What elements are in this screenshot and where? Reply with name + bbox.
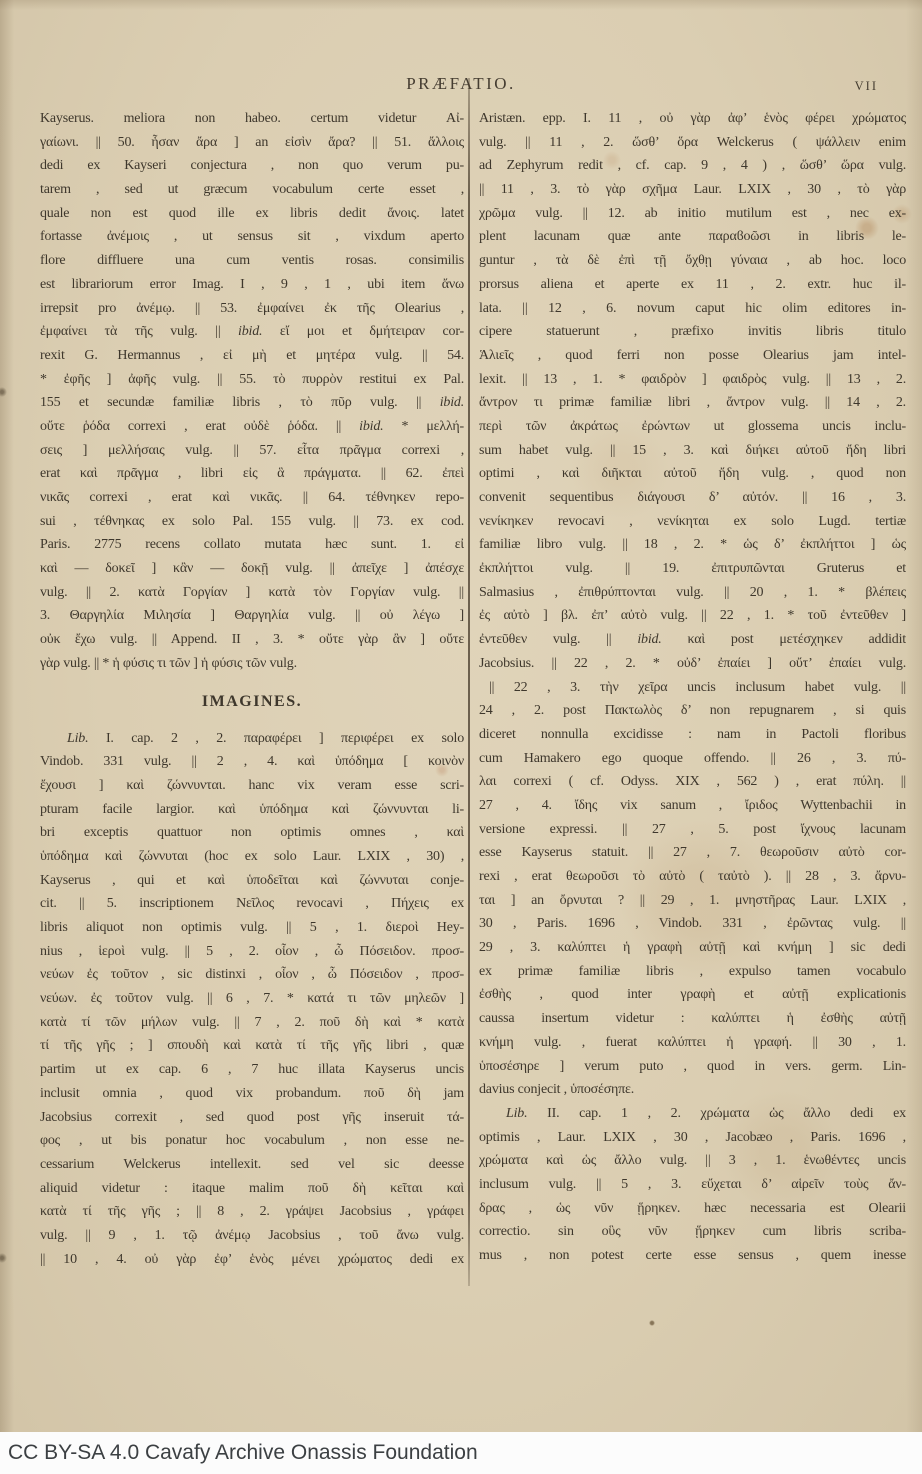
text-line: rexit G. Hermannus , εἰ μὴ et μητέρα vul… [40, 344, 464, 368]
text-line: 29 , 3. καλύπτει ἡ γραφὴ αὐτῇ καὶ κνήμη … [479, 936, 906, 960]
text-line: sui , τέθνηκας ex solo Pal. 155 vulg. ||… [40, 510, 464, 534]
text-line: lexit. || 13 , 1. * φαιδρὸν ] φαιδρὸς vu… [479, 368, 906, 392]
text-line: νικᾶς correxi , erat καὶ νικᾶς. || 64. τ… [40, 486, 464, 510]
text-line: οὔτε ῥόδα correxi , erat οὐδὲ ῥόδα. || i… [40, 415, 464, 439]
right-column-paragraph-lib2: Lib. II. cap. 1 , 2. χρώματα ὡς ἄλλο ded… [479, 1102, 906, 1268]
left-column-imagines-paragraph: Lib. I. cap. 2 , 2. παραφέρει ] περιφέρε… [40, 727, 464, 1272]
text-line: οὐκ ἔχω vulg. || Append. II , 3. * οὔτε … [40, 628, 464, 652]
text-line: 155 et secundæ familiæ libris , τὸ πῦρ v… [40, 391, 464, 415]
text-line: erat καὶ πρᾶγμα , libri εἰς ἃ πράγματα. … [40, 462, 464, 486]
text-line: flore diffluere una cum ventis rosas. co… [40, 249, 464, 273]
text-line: vulg. || 11 , 2. ὥσθ’ ὅρα Welckerus ( ψά… [479, 131, 906, 155]
text-line: νεύων. ἐς τοῦτον vulg. || 6 , 7. * κατά … [40, 987, 464, 1011]
text-line: tarem , sed ut græcum vocabulum certe es… [40, 178, 464, 202]
text-line: plent lacunam quæ ante παραϐοῶσι in libr… [479, 225, 906, 249]
text-line: ἐς αὐτὸ ] βλ. ἐπ’ αὐτὸ vulg. || 22 , 1. … [479, 604, 906, 628]
text-line: vulg. || 2. κατὰ Γοργίαν ] κατὰ τὸν Γοργ… [40, 581, 464, 605]
text-line: libris aliquot non optimis vulg. || 5 , … [40, 916, 464, 940]
right-column: Aristæn. epp. I. 11 , οὐ γὰρ ἀφ’ ἑνὸς φέ… [479, 107, 906, 1268]
text-line: cessarium Welckerus intellexit. sed vel … [40, 1153, 464, 1177]
text-line: ἔχουσι ] καὶ ζώννυνται. hanc vix veram e… [40, 774, 464, 798]
text-line: versione expressi. || 27 , 5. post ἴχνου… [479, 818, 906, 842]
text-line: γὰρ vulg. || * ἡ φύσις τι τῶν ] ἡ φύσις … [40, 652, 464, 676]
text-line: correctio. sin οὓς νῦν ᾕρηκεν cum libris… [479, 1220, 906, 1244]
text-line: Kayserus. meliora non habeo. certum vide… [40, 107, 464, 131]
text-line: ad Zephyrum redit , cf. cap. 9 , 4 ) , ὥ… [479, 154, 906, 178]
text-line: ἄντρον τι primæ familiæ libri , ἄντρον v… [479, 391, 906, 415]
text-line: davius conjecit , ὑποσέσηπε. [479, 1078, 906, 1102]
text-line: νεύων ἐς τοῦτον , sic distinxi , οἷον , … [40, 963, 464, 987]
text-line: || 10 , 4. οὐ γὰρ ἐφ’ ἑνὸς μένει χρώματο… [40, 1248, 464, 1272]
text-line: ται ] an ὄρνυται ? || 29 , 1. μνηστῆρας … [479, 889, 906, 913]
text-line: χρῶμα vulg. || 12. ab initio mutilum est… [479, 202, 906, 226]
text-line: caussa insertum videtur : καλύπτει ἡ ἐσθ… [479, 1007, 906, 1031]
text-line: κνήμη vulg. , fuerat καλύπτει ἡ γραφή. |… [479, 1031, 906, 1055]
text-line: mus , non potest certe esse sensus , que… [479, 1244, 906, 1268]
text-line: τί τῆς γῆς ; ] σπουδὴ καὶ κατὰ τί τῆς γῆ… [40, 1034, 464, 1058]
text-line: 24 , 2. post Πακτωλὸς δ’ non repugnarem … [479, 699, 906, 723]
text-line: ἐκπλήττοι vulg. || 19. ἐπιτρυπῶνται Grut… [479, 557, 906, 581]
text-line: est librariorum error Imag. I , 9 , 1 , … [40, 273, 464, 297]
text-line: || 22 , 3. τὴν χεῖρα uncis inclusum habe… [479, 676, 906, 700]
text-line: λαι correxi ( cf. Odyss. XIX , 562 ) , e… [479, 770, 906, 794]
text-line: * ἐφῆς ] ἀφῆς vulg. || 55. τὸ πυρρὸν res… [40, 368, 464, 392]
running-head-title: PRÆFATIO. [0, 74, 922, 94]
text-line: convenit sequentibus διάγουσι δ’ αὐτόν. … [479, 486, 906, 510]
text-line: κατὰ τί τῶν μήλων vulg. || 7 , 2. ποῦ δὴ… [40, 1011, 464, 1035]
text-line: familiæ libro vulg. || 18 , 2. * ὡς δ’ ἐ… [479, 533, 906, 557]
text-line: χρώματα καὶ ὡς ἄλλο vulg. || 3 , 1. ἑνωθ… [479, 1149, 906, 1173]
text-line: ὑποσέσηρε ] verum puto , quod in vers. g… [479, 1055, 906, 1079]
text-line: rexi , erat θεωροῦσι τὸ αὐτὸ ( ταὐτὸ ). … [479, 865, 906, 889]
text-line: Lib. II. cap. 1 , 2. χρώματα ὡς ἄλλο ded… [479, 1102, 906, 1126]
text-line: ἐντεῦθεν vulg. || ibid. καὶ post μετέσχη… [479, 628, 906, 652]
text-line: φος , ut bis ponatur hoc vocabulum , non… [40, 1129, 464, 1153]
page-number: VII [855, 79, 878, 94]
column-divider-rule [468, 78, 470, 1286]
license-text: CC BY-SA 4.0 Cavafy Archive Onassis Foun… [8, 1441, 478, 1465]
text-line: bri exceptis quattuor non optimis omnes … [40, 821, 464, 845]
text-line: optimis , Laur. LXIX , 30 , Jacobæo , Pa… [479, 1126, 906, 1150]
text-line: cit. || 5. inscriptionem Νεῖλος revocavi… [40, 892, 464, 916]
text-line: καὶ — δοκεῖ ] κἂν — δοκῇ vulg. || ἀπεῖχε… [40, 557, 464, 581]
text-line: ex primæ familiæ libris , expulso tamen … [479, 960, 906, 984]
left-column-paragraph-continuation: Kayserus. meliora non habeo. certum vide… [40, 107, 464, 676]
text-line: diceret nonnulla excidisse : nam in Pact… [479, 723, 906, 747]
text-line: Ἁλιεῖς , quod ferri non posse Olearius j… [479, 344, 906, 368]
text-line: partim ut ex cap. 6 , 7 huc illata Kayse… [40, 1058, 464, 1082]
text-line: Aristæn. epp. I. 11 , οὐ γὰρ ἀφ’ ἑνὸς φέ… [479, 107, 906, 131]
text-line: irrepsit pro ἀνέμῳ. || 53. ἐμφαίνει ἐκ τ… [40, 297, 464, 321]
text-line: vulg. || 9 , 1. τῷ ἀνέμῳ Jacobsius , τοῦ… [40, 1224, 464, 1248]
text-line: Jacobsius. || 22 , 2. * οὐδ’ ἐπαίει ] οὔ… [479, 652, 906, 676]
text-line: κατὰ τί τῆς γῆς ; || 8 , 2. γράψει Jacob… [40, 1200, 464, 1224]
text-line: 3. Θαργηλία Μιλησία ] Θαργηλία vulg. || … [40, 604, 464, 628]
text-line: 27 , 4. ἴδης vix sanum , ἴριδος Wyttenba… [479, 794, 906, 818]
text-line: cum Hamakero ego quoque offendo. || 26 ,… [479, 747, 906, 771]
text-line: fortasse ἀνέμοις , ut sensus sit , vixdu… [40, 225, 464, 249]
text-line: guntur , τὰ δὲ ἐπὶ τῇ ὄχθῃ γύναια , ab h… [479, 249, 906, 273]
text-line: Jacobsius correxit , sed quod post γῆς i… [40, 1106, 464, 1130]
text-line: nius , ἱεροὶ vulg. || 5 , 2. οἷον , ὦ Πό… [40, 940, 464, 964]
text-line: sum habet vulg. || 15 , 3. καὶ διήκει αὐ… [479, 439, 906, 463]
text-line: inclusum vulg. || 5 , 3. εὔχεται δ’ αἱρε… [479, 1173, 906, 1197]
text-line: ἐμφαίνει τὰ τῆς vulg. || ibid. εἴ μοι et… [40, 320, 464, 344]
text-line: Paris. 2775 recens collato mutata hæc su… [40, 533, 464, 557]
left-column: Kayserus. meliora non habeo. certum vide… [40, 107, 464, 1271]
text-line: pturam facile largior. καὶ ὑπόδημα καὶ ζ… [40, 798, 464, 822]
text-line: || 11 , 3. τὸ γὰρ σχῆμα Laur. LXIX , 30 … [479, 178, 906, 202]
text-line: Lib. I. cap. 2 , 2. παραφέρει ] περιφέρε… [40, 727, 464, 751]
text-line: γαίωνι. || 50. ἦσαν ἄρα ] an εἰσὶν ἄρα? … [40, 131, 464, 155]
license-bar: CC BY-SA 4.0 Cavafy Archive Onassis Foun… [0, 1432, 922, 1474]
text-line: Vindob. 331 vulg. || 2 , 4. καὶ ὑπόδημα … [40, 750, 464, 774]
text-line: δρας , ὡς νῦν ᾕρηκεν. hæc necessaria est… [479, 1197, 906, 1221]
text-line: νενίκηκεν revocavi , νενίκηται ex solo L… [479, 510, 906, 534]
text-line: περὶ τῶν ἀκράτως ἐρώντων ut glossema unc… [479, 415, 906, 439]
text-line: esse Kayserus statuit. || 27 , 7. θεωροῦ… [479, 841, 906, 865]
text-line: Kayserus , qui et καὶ ὑποδεῖται καὶ ζώνν… [40, 869, 464, 893]
text-line: ὑπόδημα καὶ ζώννυται (hoc ex solo Laur. … [40, 845, 464, 869]
text-line: optimi , καὶ διῆκται αὐτοῦ ἤδη vulg. , q… [479, 462, 906, 486]
text-line: Salmasius , ἐπιθρύπτονται vulg. || 20 , … [479, 581, 906, 605]
right-column-paragraph-lib1: Aristæn. epp. I. 11 , οὐ γὰρ ἀφ’ ἑνὸς φέ… [479, 107, 906, 1102]
text-line: quale non est quod ille ex libris dedit … [40, 202, 464, 226]
text-line: lata. || 12 , 6. novum caput hic olim ed… [479, 297, 906, 321]
section-heading-imagines: IMAGINES. [40, 676, 464, 727]
text-line: cipere statuerunt , præfixo invitis libr… [479, 320, 906, 344]
text-line: inclusit omnia , quod vix probandum. ποῦ… [40, 1082, 464, 1106]
scanned-book-page: PRÆFATIO. VII Kayserus. meliora non habe… [0, 0, 922, 1474]
text-line: σεις ] μελλήσαις vulg. || 57. εἶτα πρᾶγμ… [40, 439, 464, 463]
text-line: prorsus aliena et aperte ex 11 , 2. extr… [479, 273, 906, 297]
text-line: 30 , Paris. 1696 , Vindob. 331 , ἐρῶντας… [479, 912, 906, 936]
text-line: dedi ex Kayseri conjectura , non quo ver… [40, 154, 464, 178]
text-line: ἐσθὴς , quod inter γραφὴ et αὐτῇ explica… [479, 983, 906, 1007]
text-line: aliquid videtur : itaque malim ποῦ δὴ κε… [40, 1177, 464, 1201]
